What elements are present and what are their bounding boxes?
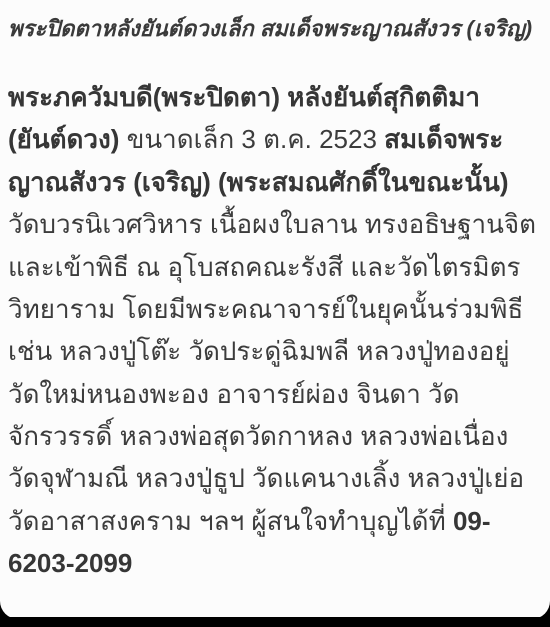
screen: พระปิดตาหลังยันต์ดวงเล็ก สมเด็จพระญาณสัง… — [0, 0, 550, 627]
content-panel: พระปิดตาหลังยันต์ดวงเล็ก สมเด็จพระญาณสัง… — [0, 0, 550, 619]
bottom-bar — [0, 617, 550, 627]
article-body: พระภควัมบดี(พระปิดตา) หลังยันต์สุกิตติมา… — [8, 76, 542, 585]
page-title: พระปิดตาหลังยันต์ดวงเล็ก สมเด็จพระญาณสัง… — [8, 12, 542, 45]
body-segment: ขนาดเล็ก 3 ต.ค. 2523 — [119, 124, 384, 154]
body-segment: วัดบวรนิเวศวิหาร เนื้อผงใบลาน ทรงอธิษฐาน… — [8, 209, 536, 536]
